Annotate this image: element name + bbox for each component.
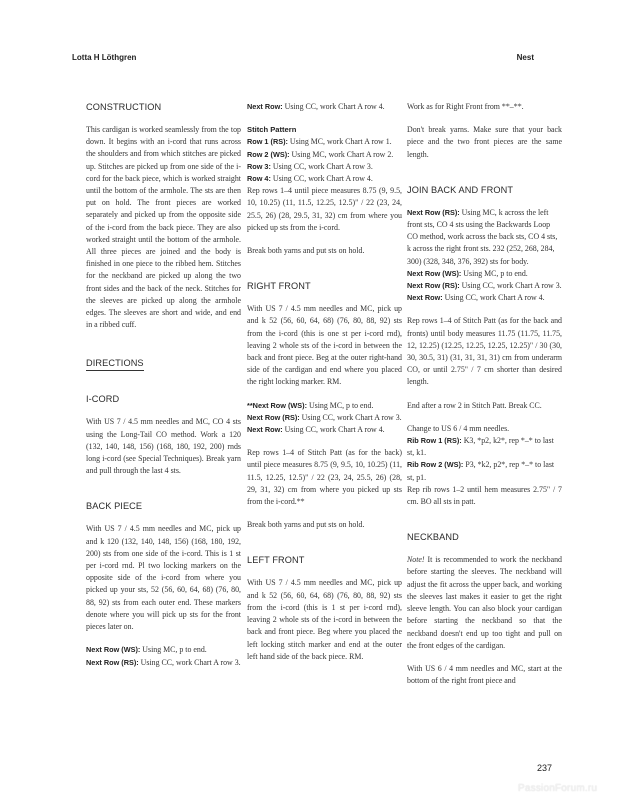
page-number: 237 bbox=[537, 763, 552, 773]
watermark: PassionForum.ru bbox=[518, 783, 597, 794]
instruction-row: Row 3: Using CC, work Chart A row 3. bbox=[247, 161, 402, 173]
back-piece-text: With US 7 / 4.5 mm needles and MC, pick … bbox=[86, 523, 241, 633]
heading-construction: CONSTRUCTION bbox=[86, 100, 241, 114]
instruction-row: Next Row (RS): Using MC, k across the le… bbox=[407, 207, 562, 268]
instruction-row: Next Row (RS): Using CC, work Chart A ro… bbox=[86, 657, 241, 669]
neckband-note: Note! It is recommended to work the neck… bbox=[407, 554, 562, 652]
work-as-text: Work as for Right Front from **–**. bbox=[407, 101, 562, 113]
heading-directions: DIRECTIONS bbox=[86, 356, 144, 371]
instruction-row: Rib Row 1 (RS): K3, *p2, k2*, rep *–* to… bbox=[407, 435, 562, 459]
instruction-row: **Next Row (WS): Using MC, p to end. bbox=[247, 400, 402, 412]
join-repeat: Rep rows 1–4 of Stitch Patt (as for the … bbox=[407, 315, 562, 388]
heading-join-back-front: JOIN BACK AND FRONT bbox=[407, 183, 562, 197]
instruction-row: Next Row: Using CC, work Chart A row 4. bbox=[407, 292, 562, 304]
break-yarn-text: Break both yarns and put sts on hold. bbox=[247, 519, 402, 531]
running-header-author: Lotta H Löthgren bbox=[72, 53, 136, 62]
left-front-text: With US 7 / 4.5 mm needles and MC, pick … bbox=[247, 577, 402, 662]
instruction-row: Row 2 (WS): Using MC, work Chart A row 2… bbox=[247, 149, 402, 161]
heading-icord: I-CORD bbox=[86, 392, 241, 406]
instruction-row: Next Row: Using CC, work Chart A row 4. bbox=[247, 424, 402, 436]
construction-text: This cardigan is worked seamlessly from … bbox=[86, 124, 241, 331]
end-after-text: End after a row 2 in Stitch Patt. Break … bbox=[407, 400, 562, 412]
heading-neckband: NECKBAND bbox=[407, 530, 562, 544]
neckband-start: With US 6 / 4 mm needles and MC, start a… bbox=[407, 663, 562, 687]
column-3: Work as for Right Front from **–**. Don'… bbox=[407, 100, 562, 698]
instruction-row: Next Row (RS): Using CC, work Chart A ro… bbox=[247, 412, 402, 424]
heading-back-piece: BACK PIECE bbox=[86, 499, 241, 513]
break-yarn-text: Break both yarns and put sts on hold. bbox=[247, 245, 402, 257]
column-1: CONSTRUCTION This cardigan is worked sea… bbox=[86, 100, 241, 669]
heading-left-front: LEFT FRONT bbox=[247, 553, 402, 567]
running-header-pattern: Nest bbox=[517, 53, 534, 62]
stitch-pattern-repeat: Rep rows 1–4 until piece measures 8.75 (… bbox=[247, 185, 402, 234]
instruction-row: Next Row (RS): Using CC, work Chart A ro… bbox=[407, 280, 562, 292]
icord-text: With US 7 / 4.5 mm needles and MC, CO 4 … bbox=[86, 416, 241, 477]
rib-repeat: Rep rib rows 1–2 until hem measures 2.75… bbox=[407, 484, 562, 508]
note-label: Note! bbox=[407, 555, 425, 564]
right-front-text: With US 7 / 4.5 mm needles and MC, pick … bbox=[247, 303, 402, 388]
instruction-row: Rib Row 2 (WS): P3, *k2, p2*, rep *–* to… bbox=[407, 459, 562, 483]
instruction-row: Next Row: Using CC, work Chart A row 4. bbox=[247, 101, 402, 113]
instruction-row: Next Row (WS): Using MC, p to end. bbox=[407, 268, 562, 280]
instruction-row: Row 4: Using CC, work Chart A row 4. bbox=[247, 173, 402, 185]
instruction-row: Next Row (WS): Using MC, p to end. bbox=[86, 644, 241, 656]
dont-break-text: Don't break yarns. Make sure that your b… bbox=[407, 124, 562, 161]
column-2: Next Row: Using CC, work Chart A row 4. … bbox=[247, 100, 402, 674]
instruction-row: Row 1 (RS): Using MC, work Chart A row 1… bbox=[247, 136, 402, 148]
heading-stitch-pattern: Stitch Pattern bbox=[247, 124, 402, 136]
right-front-repeat: Rep rows 1–4 of Stitch Patt (as for the … bbox=[247, 447, 402, 508]
heading-right-front: RIGHT FRONT bbox=[247, 279, 402, 293]
change-needles-text: Change to US 6 / 4 mm needles. bbox=[407, 423, 562, 435]
